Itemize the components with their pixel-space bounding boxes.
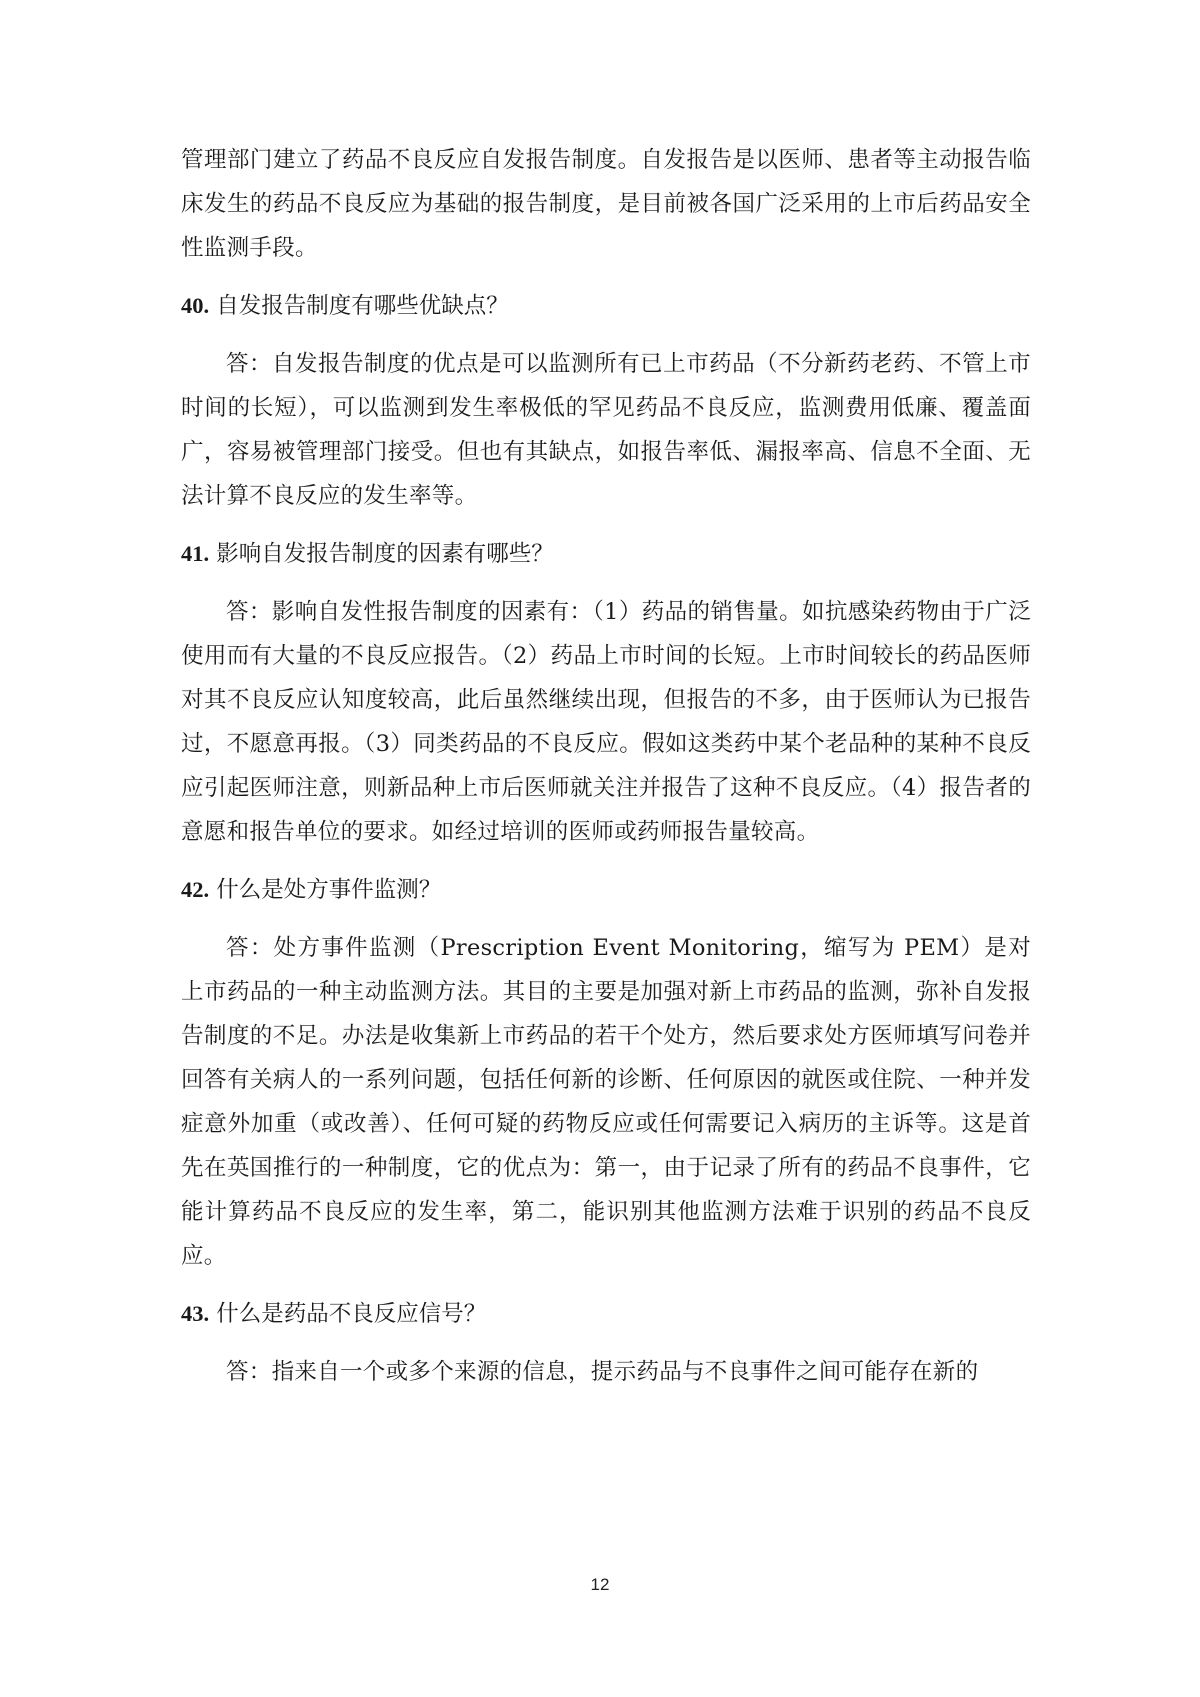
section-answer: 答：自发报告制度的优点是可以监测所有已上市药品（不分新药老药、不管上市时间的长短… <box>181 342 1031 518</box>
document-page: 管理部门建立了药品不良反应自发报告制度。自发报告是以医师、患者等主动报告临床发生… <box>181 138 1031 1394</box>
section-40: 40. 自发报告制度有哪些优缺点？ 答：自发报告制度的优点是可以监测所有已上市药… <box>181 284 1031 518</box>
section-number: 40. <box>181 293 209 318</box>
section-answer: 答：指来自一个或多个来源的信息，提示药品与不良事件之间可能存在新的 <box>181 1350 1031 1394</box>
section-heading: 40. 自发报告制度有哪些优缺点？ <box>181 284 1031 328</box>
section-answer: 答：处方事件监测（Prescription Event Monitoring，缩… <box>181 926 1031 1278</box>
section-number: 43. <box>181 1301 209 1326</box>
section-number: 41. <box>181 541 209 566</box>
section-question: 什么是药品不良反应信号？ <box>216 1301 486 1327</box>
section-heading: 43. 什么是药品不良反应信号？ <box>181 1292 1031 1336</box>
intro-paragraph: 管理部门建立了药品不良反应自发报告制度。自发报告是以医师、患者等主动报告临床发生… <box>181 138 1031 270</box>
section-heading: 41. 影响自发报告制度的因素有哪些？ <box>181 532 1031 576</box>
section-42: 42. 什么是处方事件监测？ 答：处方事件监测（Prescription Eve… <box>181 868 1031 1278</box>
section-question: 影响自发报告制度的因素有哪些？ <box>216 541 554 567</box>
section-question: 自发报告制度有哪些优缺点？ <box>216 293 509 319</box>
section-heading: 42. 什么是处方事件监测？ <box>181 868 1031 912</box>
section-41: 41. 影响自发报告制度的因素有哪些？ 答：影响自发性报告制度的因素有：（1）药… <box>181 532 1031 854</box>
page-number: 12 <box>0 1575 1200 1595</box>
section-answer: 答：影响自发性报告制度的因素有：（1）药品的销售量。如抗感染药物由于广泛使用而有… <box>181 590 1031 854</box>
section-number: 42. <box>181 877 209 902</box>
section-43: 43. 什么是药品不良反应信号？ 答：指来自一个或多个来源的信息，提示药品与不良… <box>181 1292 1031 1394</box>
section-question: 什么是处方事件监测？ <box>216 877 441 903</box>
